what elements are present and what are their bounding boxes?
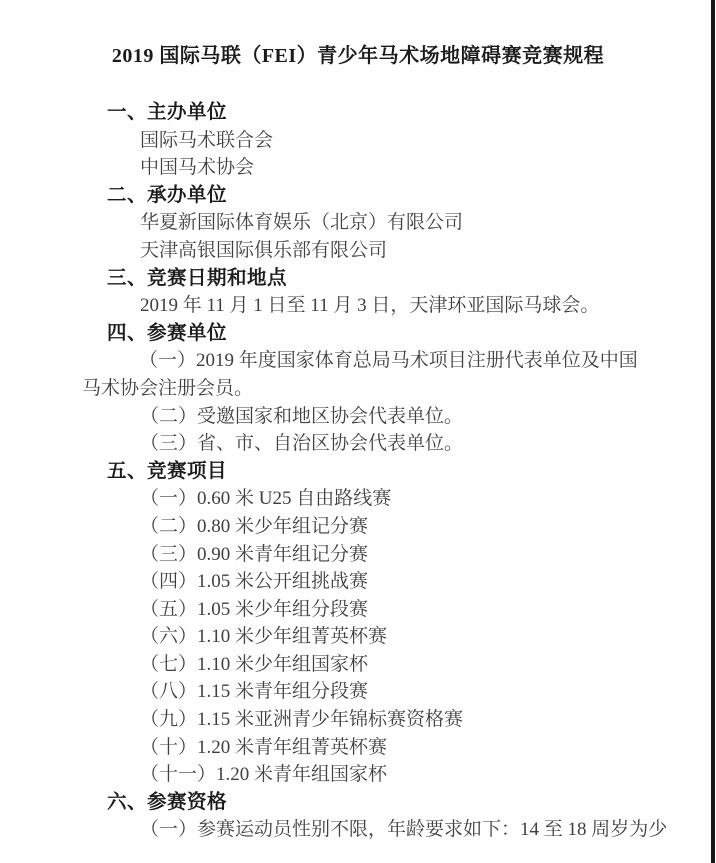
competition-event-line: （五）1.05 米少年组分段赛	[0, 596, 716, 624]
section-heading-competition-events: 五、竞赛项目	[0, 458, 716, 486]
competition-event-line: （八）1.15 米青年组分段赛	[0, 678, 716, 706]
participating-unit-line: （二）受邀国家和地区协会代表单位。	[0, 403, 716, 431]
competition-event-line: （四）1.05 米公开组挑战赛	[0, 568, 716, 596]
competition-event-line: （一）0.60 米 U25 自由路线赛	[0, 485, 716, 513]
section-heading-eligibility: 六、参赛资格	[0, 789, 716, 817]
competition-event-line: （十）1.20 米青年组菁英杯赛	[0, 734, 716, 762]
competition-event-line: （九）1.15 米亚洲青少年锦标赛资格赛	[0, 706, 716, 734]
competition-event-line: （十一）1.20 米青年组国家杯	[0, 761, 716, 789]
participating-unit-line: （一）2019 年度国家体育总局马术项目注册代表单位及中国马术协会注册会员。	[0, 347, 644, 402]
competition-event-line: （六）1.10 米少年组菁英杯赛	[0, 623, 716, 651]
host-unit-line: 国际马术联合会	[0, 127, 716, 155]
competition-event-line: （七）1.10 米少年组国家杯	[0, 651, 716, 679]
document-body: 一、主办单位 国际马术联合会 中国马术协会 二、承办单位 华夏新国际体育娱乐（北…	[0, 99, 716, 844]
organizer-unit-line: 天津高银国际俱乐部有限公司	[0, 237, 716, 265]
host-unit-line: 中国马术协会	[0, 154, 716, 182]
eligibility-line: （一）参赛运动员性别不限，年龄要求如下：14 至 18 周岁为少	[0, 816, 716, 844]
section-heading-host-units: 一、主办单位	[0, 99, 716, 127]
section-heading-date-location: 三、竞赛日期和地点	[0, 265, 716, 293]
document-title: 2019 国际马联（FEI）青少年马术场地障碍赛竞赛规程	[0, 0, 716, 70]
section-heading-organizer-units: 二、承办单位	[0, 182, 716, 210]
document-page: 2019 国际马联（FEI）青少年马术场地障碍赛竞赛规程 一、主办单位 国际马术…	[0, 0, 716, 863]
competition-event-line: （二）0.80 米少年组记分赛	[0, 513, 716, 541]
organizer-unit-line: 华夏新国际体育娱乐（北京）有限公司	[0, 209, 716, 237]
section-heading-participating-units: 四、参赛单位	[0, 320, 716, 348]
page-right-edge-line	[711, 0, 715, 863]
participating-unit-line: （三）省、市、自治区协会代表单位。	[0, 430, 716, 458]
date-location-line: 2019 年 11 月 1 日至 11 月 3 日，天津环亚国际马球会。	[0, 292, 716, 320]
competition-event-line: （三）0.90 米青年组记分赛	[0, 541, 716, 569]
